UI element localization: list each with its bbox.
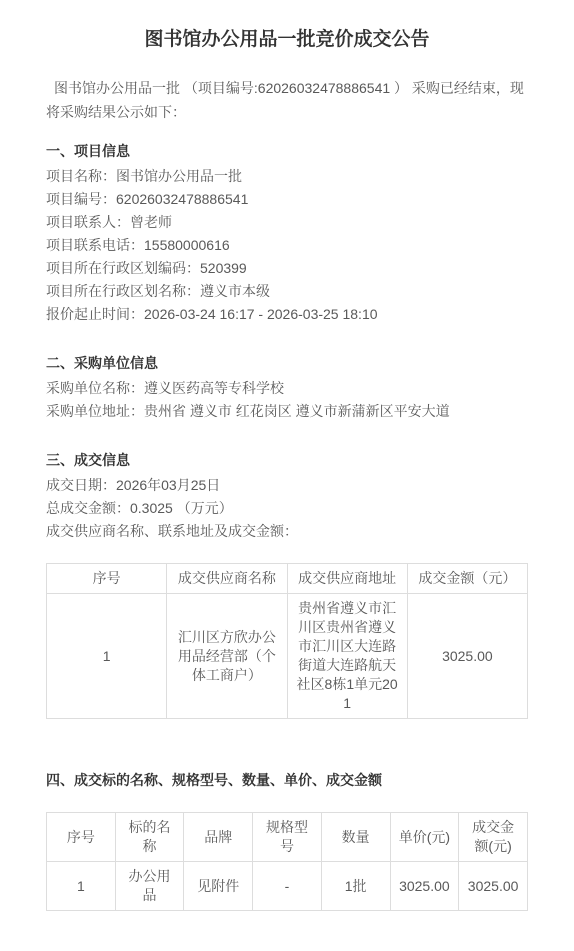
field-value: 贵州省 遵义市 红花岗区 遵义市新蒲新区平安大道 xyxy=(144,403,450,419)
items-table-header-row: 序号 标的名称 品牌 规格型号 数量 单价(元) 成交金额(元) xyxy=(47,813,528,862)
items-cell-amount: 3025.00 xyxy=(459,862,528,911)
field-supplier-intro: 成交供应商名称、联系地址及成交金额： xyxy=(46,520,528,543)
supplier-header-name: 成交供应商名称 xyxy=(167,564,287,594)
field-label: 报价起止时间： xyxy=(46,306,144,322)
supplier-header-seq: 序号 xyxy=(47,564,167,594)
field-label: 项目名称： xyxy=(46,168,116,184)
field-value: 0.3025 （万元） xyxy=(130,500,233,516)
section-purchaser-heading: 二、采购单位信息 xyxy=(46,352,528,375)
field-deal-total: 总成交金额：0.3025 （万元） xyxy=(46,497,528,520)
field-label: 成交日期： xyxy=(46,477,116,493)
supplier-header-address: 成交供应商地址 xyxy=(287,564,407,594)
announcement-page: 图书馆办公用品一批竞价成交公告 图书馆办公用品一批 （项目编号:62026032… xyxy=(0,0,574,951)
intro-paragraph: 图书馆办公用品一批 （项目编号:62026032478886541 ） 采购已经… xyxy=(46,76,528,124)
field-label: 项目编号： xyxy=(46,191,116,207)
field-quote-period: 报价起止时间：2026-03-24 16:17 - 2026-03-25 18:… xyxy=(46,303,528,326)
field-value: 520399 xyxy=(200,260,247,276)
field-value: 遵义市本级 xyxy=(200,283,270,299)
field-value: 62026032478886541 xyxy=(116,191,248,207)
items-cell-brand: 见附件 xyxy=(184,862,253,911)
supplier-table-row: 1 汇川区方欣办公用品经营部（个体工商户） 贵州省遵义市汇川区贵州省遵义市汇川区… xyxy=(47,594,528,719)
supplier-header-amount: 成交金额（元） xyxy=(407,564,527,594)
supplier-cell-name: 汇川区方欣办公用品经营部（个体工商户） xyxy=(167,594,287,719)
items-table-row: 1 办公用品 见附件 - 1批 3025.00 3025.00 xyxy=(47,862,528,911)
field-project-name: 项目名称：图书馆办公用品一批 xyxy=(46,165,528,188)
items-header-spec: 规格型号 xyxy=(253,813,322,862)
section-deal-heading: 三、成交信息 xyxy=(46,449,528,472)
field-deal-date: 成交日期：2026年03月25日 xyxy=(46,474,528,497)
supplier-cell-amount: 3025.00 xyxy=(407,594,527,719)
section-project-heading: 一、项目信息 xyxy=(46,140,528,163)
field-project-contact: 项目联系人：曾老师 xyxy=(46,211,528,234)
items-header-brand: 品牌 xyxy=(184,813,253,862)
items-cell-unit-price: 3025.00 xyxy=(390,862,459,911)
field-district-code: 项目所在行政区划编码：520399 xyxy=(46,257,528,280)
supplier-cell-seq: 1 xyxy=(47,594,167,719)
field-value: 15580000616 xyxy=(144,237,230,253)
field-label: 成交供应商名称、联系地址及成交金额： xyxy=(46,523,298,539)
items-cell-spec: - xyxy=(253,862,322,911)
field-value: 2026-03-24 16:17 - 2026-03-25 18:10 xyxy=(144,306,378,322)
field-purchaser-name: 采购单位名称：遵义医药高等专科学校 xyxy=(46,377,528,400)
field-purchaser-address: 采购单位地址：贵州省 遵义市 红花岗区 遵义市新蒲新区平安大道 xyxy=(46,400,528,423)
supplier-table: 序号 成交供应商名称 成交供应商地址 成交金额（元） 1 汇川区方欣办公用品经营… xyxy=(46,563,528,719)
field-value: 2026年03月25日 xyxy=(116,477,220,493)
field-label: 项目所在行政区划名称： xyxy=(46,283,200,299)
items-header-name: 标的名称 xyxy=(115,813,184,862)
field-label: 采购单位地址： xyxy=(46,403,144,419)
field-label: 总成交金额： xyxy=(46,500,130,516)
supplier-table-header-row: 序号 成交供应商名称 成交供应商地址 成交金额（元） xyxy=(47,564,528,594)
items-header-amount: 成交金额(元) xyxy=(459,813,528,862)
field-label: 采购单位名称： xyxy=(46,380,144,396)
items-header-qty: 数量 xyxy=(321,813,390,862)
field-value: 遵义医药高等专科学校 xyxy=(144,380,284,396)
page-title: 图书馆办公用品一批竞价成交公告 xyxy=(46,26,528,54)
field-label: 项目所在行政区划编码： xyxy=(46,260,200,276)
items-cell-qty: 1批 xyxy=(321,862,390,911)
field-project-phone: 项目联系电话：15580000616 xyxy=(46,234,528,257)
supplier-cell-address: 贵州省遵义市汇川区贵州省遵义市汇川区大连路街道大连路航天社区8栋1单元201 xyxy=(287,594,407,719)
field-value: 曾老师 xyxy=(130,214,172,230)
field-label: 项目联系电话： xyxy=(46,237,144,253)
items-cell-seq: 1 xyxy=(47,862,116,911)
items-table: 序号 标的名称 品牌 规格型号 数量 单价(元) 成交金额(元) 1 办公用品 … xyxy=(46,812,528,911)
spacer xyxy=(46,729,528,743)
items-header-unit-price: 单价(元) xyxy=(390,813,459,862)
field-project-number: 项目编号：62026032478886541 xyxy=(46,188,528,211)
field-label: 项目联系人： xyxy=(46,214,130,230)
items-header-seq: 序号 xyxy=(47,813,116,862)
section-items-heading: 四、成交标的名称、规格型号、数量、单价、成交金额 xyxy=(46,769,528,792)
field-value: 图书馆办公用品一批 xyxy=(116,168,242,184)
field-district-name: 项目所在行政区划名称：遵义市本级 xyxy=(46,280,528,303)
items-cell-name: 办公用品 xyxy=(115,862,184,911)
